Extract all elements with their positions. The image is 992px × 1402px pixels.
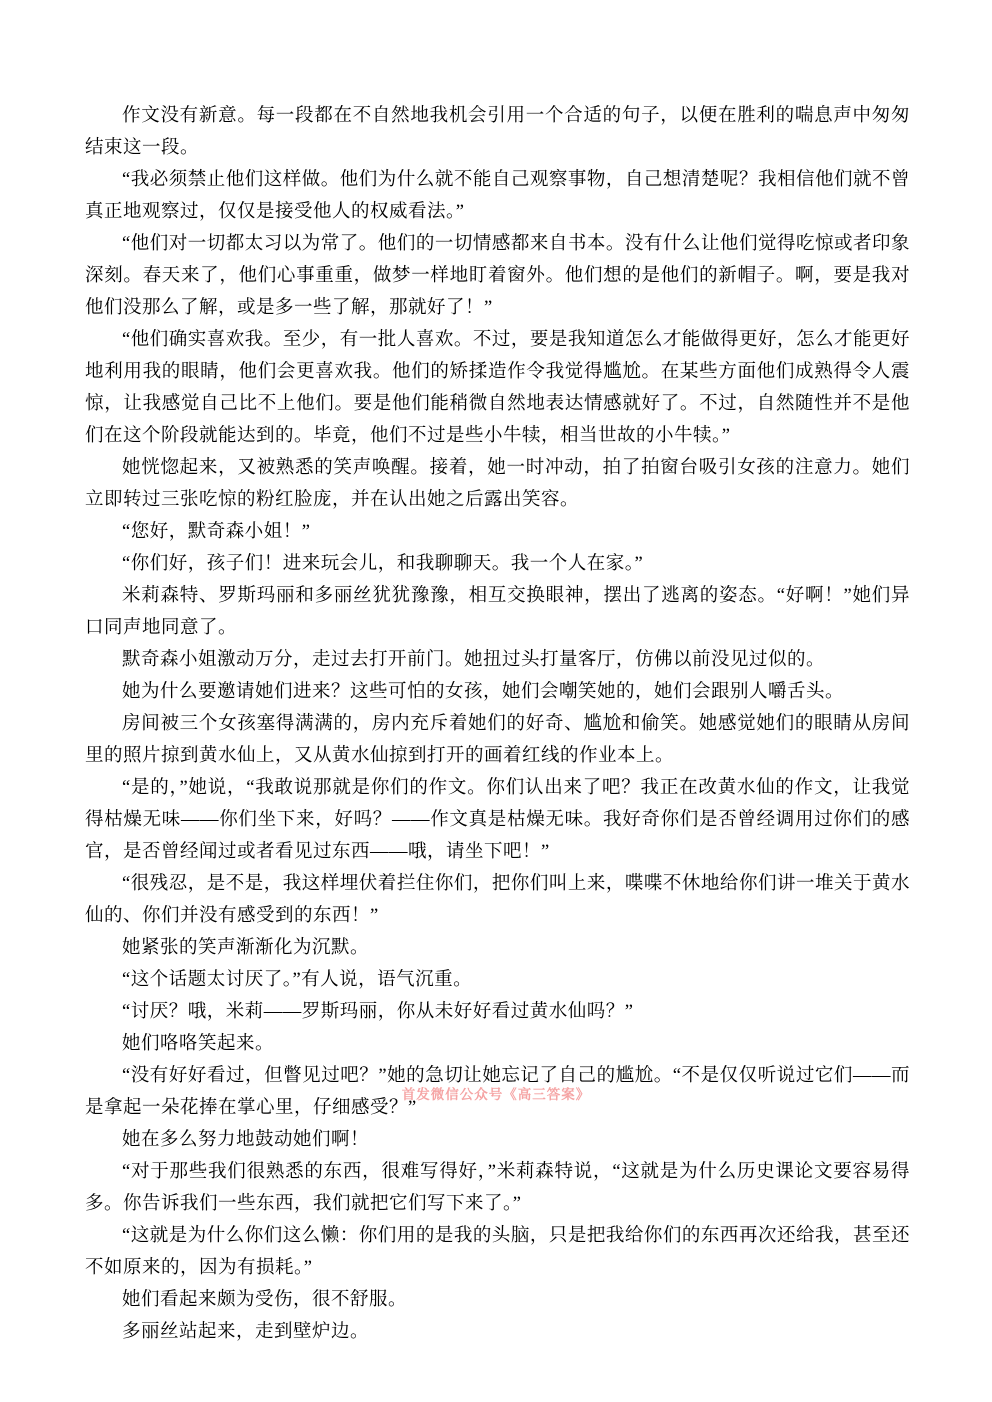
- paragraph: “你们好，孩子们！进来玩会儿，和我聊聊天。我一个人在家。”: [85, 548, 910, 580]
- document-page: 作文没有新意。每一段都在不自然地我机会引用一个合适的句子，以便在胜利的喘息声中匆…: [0, 0, 992, 1402]
- paragraph: 她恍惚起来，又被熟悉的笑声唤醒。接着，她一时冲动，拍了拍窗台吸引女孩的注意力。她…: [85, 452, 910, 516]
- paragraph: “他们确实喜欢我。至少，有一批人喜欢。不过，要是我知道怎么才能做得更好，怎么才能…: [85, 324, 910, 452]
- paragraph: 她们咯咯笑起来。: [85, 1028, 910, 1060]
- paragraph: 她在多么努力地鼓动她们啊！: [85, 1124, 910, 1156]
- paragraph: “我必须禁止他们这样做。他们为什么就不能自己观察事物，自己想清楚呢？我相信他们就…: [85, 164, 910, 228]
- paragraph: 默奇森小姐激动万分，走过去打开前门。她扭过头打量客厅，仿佛以前没见过似的。: [85, 644, 910, 676]
- paragraph: 她为什么要邀请她们进来？这些可怕的女孩，她们会嘲笑她的，她们会跟别人嚼舌头。: [85, 676, 910, 708]
- paragraph: “是的，”她说，“我敢说那就是你们的作文。你们认出来了吧？我正在改黄水仙的作文，…: [85, 772, 910, 868]
- paragraph: 她们看起来颇为受伤，很不舒服。: [85, 1284, 910, 1316]
- paragraph: “没有好好看过，但瞥见过吧？”她的急切让她忘记了自己的尴尬。“不是仅仅听说过它们…: [85, 1060, 910, 1124]
- paragraph: “讨厌？哦，米莉——罗斯玛丽，你从未好好看过黄水仙吗？”: [85, 996, 910, 1028]
- paragraph: “他们对一切都太习以为常了。他们的一切情感都来自书本。没有什么让他们觉得吃惊或者…: [85, 228, 910, 324]
- text-body: 作文没有新意。每一段都在不自然地我机会引用一个合适的句子，以便在胜利的喘息声中匆…: [85, 100, 910, 1348]
- paragraph: “对于那些我们很熟悉的东西，很难写得好，”米莉森特说，“这就是为什么历史课论文要…: [85, 1156, 910, 1220]
- paragraph: 作文没有新意。每一段都在不自然地我机会引用一个合适的句子，以便在胜利的喘息声中匆…: [85, 100, 910, 164]
- paragraph: 多丽丝站起来，走到壁炉边。: [85, 1316, 910, 1348]
- paragraph: “很残忍，是不是，我这样埋伏着拦住你们，把你们叫上来，喋喋不休地给你们讲一堆关于…: [85, 868, 910, 932]
- paragraph: 她紧张的笑声渐渐化为沉默。: [85, 932, 910, 964]
- paragraph: “这就是为什么你们这么懒：你们用的是我的头脑，只是把我给你们的东西再次还给我，甚…: [85, 1220, 910, 1284]
- paragraph: “您好，默奇森小姐！”: [85, 516, 910, 548]
- paragraph: 米莉森特、罗斯玛丽和多丽丝犹犹豫豫，相互交换眼神，摆出了逃离的姿态。“好啊！”她…: [85, 580, 910, 644]
- paragraph: 房间被三个女孩塞得满满的，房内充斥着她们的好奇、尴尬和偷笑。她感觉她们的眼睛从房…: [85, 708, 910, 772]
- paragraph: “这个话题太讨厌了。”有人说，语气沉重。: [85, 964, 910, 996]
